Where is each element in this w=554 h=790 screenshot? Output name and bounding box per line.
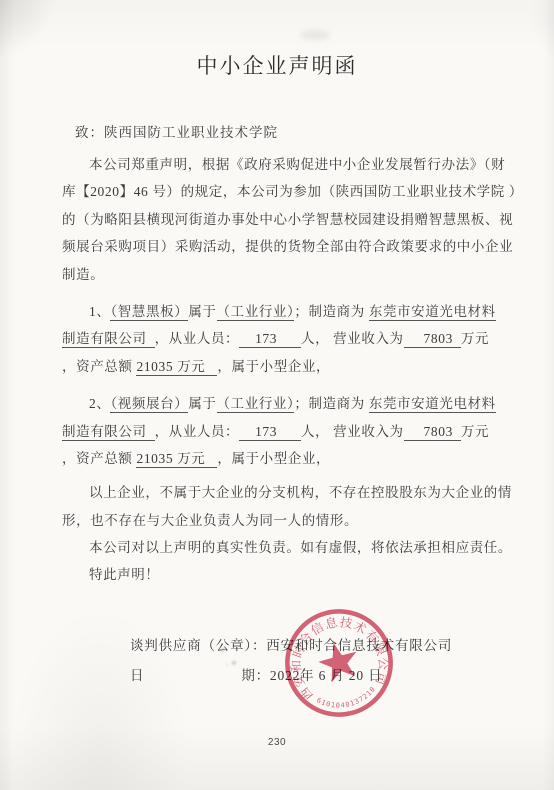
- paragraph: 本公司对以上声明的真实性负责。如有虚假，将依法承担相应责任。: [62, 534, 504, 561]
- text-line: ，资产总额 21035 万元 ，属于小型企业，: [62, 353, 504, 380]
- text-line: 频展台采购项目）采购活动，提供的货物全部由符合政策要求的中小企业: [62, 233, 504, 260]
- text-segment: 以上企业，不属于大企业的分支机构，不存在控股股东为大企业的情: [89, 485, 512, 500]
- text-line: 库【2020】46 号）的规定，本公司为参加（陕西国防工业职业技术学院 ）: [62, 178, 504, 205]
- underlined-field: 7803: [404, 424, 461, 441]
- text-segment: 本公司对以上声明的真实性负责。如有虚假，将依法承担相应责任。: [89, 540, 512, 555]
- text-line: 本公司郑重声明，根据《政府采购促进中小企业发展暂行办法》（财: [62, 151, 504, 178]
- text-segment: 人， 营业收入为: [301, 424, 404, 439]
- text-line: 特此声明！: [62, 561, 504, 588]
- document-title: 中小企业声明函: [0, 52, 554, 80]
- text-line: 以上企业，不属于大企业的分支机构，不存在控股股东为大企业的情: [62, 479, 504, 506]
- scanned-document-page: 中小企业声明函 致：陕西国防工业职业技术学院 本公司郑重声明，根据《政府采购促进…: [0, 0, 554, 790]
- underlined-field: 173: [239, 331, 301, 348]
- text-segment: 本公司郑重声明，根据《政府采购促进中小企业发展暂行办法》（财: [89, 157, 505, 172]
- paragraph: 1、（智慧黑板）属于（工业行业）；制造商为 东莞市安道光电材料制造有限公司 ，从…: [62, 298, 504, 380]
- underlined-field: 7803: [404, 331, 461, 348]
- paragraph: 本公司郑重声明，根据《政府采购促进中小企业发展暂行办法》（财库【2020】46 …: [62, 151, 504, 288]
- text-segment: ，属于小型企业，: [217, 359, 330, 374]
- underlined-field: （视频展台）: [110, 396, 188, 413]
- text-segment: ，从业人员：: [155, 424, 240, 439]
- text-segment: 形，也不存在与大企业负责人为同一人的情形。: [62, 513, 358, 528]
- text-segment: 人， 营业收入为: [301, 331, 404, 346]
- paragraph: 2、（视频展台）属于（工业行业）；制造商为 东莞市安道光电材料制造有限公司 ，从…: [62, 390, 504, 472]
- seal-star-icon: [315, 638, 363, 684]
- text-segment: 属于: [188, 396, 216, 411]
- text-line: ，资产总额 21035 万元 ，属于小型企业，: [62, 445, 504, 472]
- text-line: 制造有限公司 ，从业人员： 173 人， 营业收入为 7803 万元: [62, 325, 504, 352]
- page-number: 230: [0, 737, 554, 748]
- salutation-line: 致：陕西国防工业职业技术学院: [75, 123, 278, 143]
- text-segment: 万元: [461, 331, 489, 346]
- text-segment: ，资产总额: [62, 451, 136, 466]
- document-body: 本公司郑重声明，根据《政府采购促进中小企业发展暂行办法》（财库【2020】46 …: [62, 151, 504, 589]
- underlined-field: 东莞市安道光电材料: [369, 304, 496, 321]
- text-line: 制造。: [62, 261, 504, 288]
- supplier-label: 谈判供应商（公章）：: [130, 638, 266, 653]
- text-line: 2、（视频展台）属于（工业行业）；制造商为 东莞市安道光电材料: [62, 390, 504, 417]
- date-label-right: 期：: [241, 668, 270, 683]
- text-segment: 制造。: [62, 267, 104, 282]
- underlined-field: （工业行业）: [217, 396, 295, 413]
- text-line: 制造有限公司 ，从业人员： 173 人， 营业收入为 7803 万元: [62, 418, 504, 445]
- date-label-left: 日: [130, 668, 144, 683]
- text-line: 1、（智慧黑板）属于（工业行业）；制造商为 东莞市安道光电材料: [62, 298, 504, 325]
- scan-smudge: [300, 30, 330, 40]
- underlined-field: 21035 万元: [136, 451, 217, 468]
- text-segment: ，资产总额: [62, 359, 136, 374]
- text-segment: 2、: [89, 396, 110, 411]
- text-segment: 万元: [461, 424, 489, 439]
- text-segment: 库【2020】46 号）的规定，本公司为参加（陕西国防工业职业技术学院 ）: [62, 184, 523, 199]
- text-segment: ；制造商为: [294, 396, 368, 411]
- text-line: 本公司对以上声明的真实性负责。如有虚假，将依法承担相应责任。: [62, 534, 504, 561]
- underlined-field: 制造有限公司: [62, 424, 155, 441]
- text-segment: ，属于小型企业，: [217, 451, 330, 466]
- text-line: 的（为略阳县横现河街道办事处中心小学智慧校园建设捐赠智慧黑板、视: [62, 206, 504, 233]
- text-segment: 的（为略阳县横现河街道办事处中心小学智慧校园建设捐赠智慧黑板、视: [62, 212, 513, 227]
- text-line: 形，也不存在与大企业负责人为同一人的情形。: [62, 507, 504, 534]
- company-seal-stamp: 西安和时合信息技术有限公司 6101040137210: [280, 604, 398, 722]
- text-segment: 频展台采购项目）采购活动，提供的货物全部由符合政策要求的中小企业: [62, 239, 513, 254]
- pencil-marks: [221, 648, 225, 652]
- text-segment: 属于: [188, 304, 216, 319]
- text-segment: 特此声明！: [89, 567, 160, 582]
- underlined-field: 制造有限公司: [62, 331, 155, 348]
- paragraph: 以上企业，不属于大企业的分支机构，不存在控股股东为大企业的情形，也不存在与大企业…: [62, 479, 504, 534]
- text-segment: 1、: [89, 304, 110, 319]
- text-segment: ，从业人员：: [155, 331, 240, 346]
- underlined-field: （工业行业）: [217, 304, 295, 321]
- text-segment: ；制造商为: [294, 304, 368, 319]
- underlined-field: 173: [239, 424, 301, 441]
- underlined-field: 21035 万元: [136, 359, 217, 376]
- underlined-field: （智慧黑板）: [110, 304, 188, 321]
- underlined-field: 东莞市安道光电材料: [369, 396, 496, 413]
- paragraph: 特此声明！: [62, 561, 504, 588]
